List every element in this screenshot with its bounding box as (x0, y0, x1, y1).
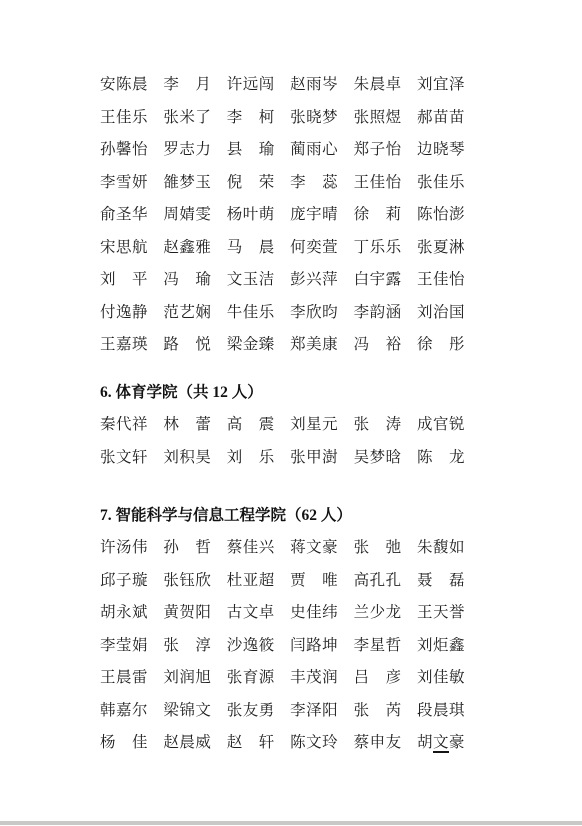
student-name: 高孔孔 (354, 565, 402, 598)
name-list: 安陈晨李 月许远闯赵雨岑朱晨卓刘宜泽王佳乐张米了李 柯张晓梦张照煜郝苗苗孙馨怡罗… (0, 0, 582, 760)
student-name: 孙 哲 (163, 532, 211, 565)
student-name: 周婧雯 (163, 199, 211, 232)
student-name: 梁锦文 (163, 695, 211, 728)
student-name: 郑子怡 (354, 134, 402, 167)
student-name: 王佳怡 (354, 167, 402, 200)
page-bottom-edge (0, 821, 582, 825)
student-name: 吴梦晗 (354, 442, 402, 475)
student-name: 杨叶萌 (227, 199, 275, 232)
name-row: 胡永斌黄贺阳古文卓史佳纬兰少龙王天誉 (100, 597, 465, 630)
student-name: 刘 平 (100, 264, 148, 297)
student-name: 许远闯 (227, 69, 275, 102)
student-name: 刘治国 (417, 297, 465, 330)
name-row: 孙馨怡罗志力县 瑜蔺雨心郑子怡边晓琴 (100, 134, 465, 167)
student-name: 张 弛 (354, 532, 402, 565)
student-name: 赵 轩 (227, 727, 275, 760)
student-name: 闫路坤 (290, 630, 338, 663)
name-row: 俞圣华周婧雯杨叶萌庞宇晴徐 莉陈怡澎 (100, 199, 465, 232)
student-name: 张文轩 (100, 442, 148, 475)
student-name: 张佳乐 (417, 167, 465, 200)
student-name: 蔡申友 (354, 727, 402, 760)
student-name: 雒梦玉 (163, 167, 211, 200)
name-row: 秦代祥林 蕾高 震刘星元张 涛成官锐 (100, 409, 465, 442)
student-name: 刘炬鑫 (417, 630, 465, 663)
student-name: 赵雨岑 (290, 69, 338, 102)
student-name: 范艺娴 (163, 297, 211, 330)
student-name: 秦代祥 (100, 409, 148, 442)
student-name: 李 蕊 (290, 167, 338, 200)
name-row: 王佳乐张米了李 柯张晓梦张照煜郝苗苗 (100, 102, 465, 135)
student-name: 朱馥如 (417, 532, 465, 565)
student-name: 刘星元 (290, 409, 338, 442)
name-row: 安陈晨李 月许远闯赵雨岑朱晨卓刘宜泽 (100, 69, 465, 102)
document-page: 安陈晨李 月许远闯赵雨岑朱晨卓刘宜泽王佳乐张米了李 柯张晓梦张照煜郝苗苗孙馨怡罗… (0, 0, 582, 826)
student-name: 郑美康 (290, 329, 338, 362)
name-row: 李雪妍雒梦玉倪 荣李 蕊王佳怡张佳乐 (100, 167, 465, 200)
name-row: 付逸静范艺娴牛佳乐李欣昀李韵涵刘治国 (100, 297, 465, 330)
name-row: 刘 平冯 瑜文玉洁彭兴萍白宇露王佳怡 (100, 264, 465, 297)
student-name: 王天誉 (417, 597, 465, 630)
student-name: 李莹娟 (100, 630, 148, 663)
student-name: 张夏淋 (417, 232, 465, 265)
student-name: 梁金臻 (227, 329, 275, 362)
student-name: 刘宜泽 (417, 69, 465, 102)
student-name: 蔺雨心 (290, 134, 338, 167)
student-name: 王嘉瑛 (100, 329, 148, 362)
student-name: 倪 荣 (227, 167, 275, 200)
student-name: 李雪妍 (100, 167, 148, 200)
student-name: 林 蕾 (163, 409, 211, 442)
name-row: 李莹娟张 淳沙逸筱闫路坤李星哲刘炬鑫 (100, 630, 465, 663)
section-header: 7. 智能科学与信息工程学院（62 人） (100, 500, 465, 533)
student-name: 边晓琴 (417, 134, 465, 167)
underline-mark: 文 (433, 734, 449, 753)
student-name: 张甲澍 (290, 442, 338, 475)
student-name: 刘佳敏 (417, 662, 465, 695)
student-name: 张晓梦 (290, 102, 338, 135)
student-name: 兰少龙 (354, 597, 402, 630)
student-name: 彭兴萍 (290, 264, 338, 297)
student-name: 沙逸筱 (227, 630, 275, 663)
student-name: 朱晨卓 (354, 69, 402, 102)
student-name: 张钰欣 (163, 565, 211, 598)
student-name: 段晨琪 (417, 695, 465, 728)
name-row: 王晨雷刘润旭张育源丰茂润吕 彦刘佳敏 (100, 662, 465, 695)
student-name: 许汤伟 (100, 532, 148, 565)
student-name: 刘 乐 (227, 442, 275, 475)
student-name: 罗志力 (163, 134, 211, 167)
name-row: 张文轩刘积昊刘 乐张甲澍吴梦晗陈 龙 (100, 442, 465, 475)
student-name: 张 芮 (354, 695, 402, 728)
student-name: 贾 唯 (290, 565, 338, 598)
student-name: 孙馨怡 (100, 134, 148, 167)
student-name: 郝苗苗 (417, 102, 465, 135)
student-name: 路 悦 (163, 329, 211, 362)
student-name: 宋思航 (100, 232, 148, 265)
student-name: 白宇露 (354, 264, 402, 297)
student-name: 王佳怡 (417, 264, 465, 297)
student-name: 蒋文豪 (290, 532, 338, 565)
student-name: 李韵涵 (354, 297, 402, 330)
student-name: 冯 瑜 (163, 264, 211, 297)
student-name: 牛佳乐 (227, 297, 275, 330)
student-name: 刘积昊 (163, 442, 211, 475)
student-name: 张米了 (163, 102, 211, 135)
student-name: 县 瑜 (227, 134, 275, 167)
name-row: 杨 佳赵晨威赵 轩陈文玲蔡申友胡文豪 (100, 727, 465, 760)
student-name: 胡永斌 (100, 597, 148, 630)
student-name: 聂 磊 (417, 565, 465, 598)
student-name: 邱子璇 (100, 565, 148, 598)
student-name: 张 涛 (354, 409, 402, 442)
student-name: 文玉洁 (227, 264, 275, 297)
student-name: 陈文玲 (290, 727, 338, 760)
name-row: 宋思航赵鑫雅马 晨何奕萱丁乐乐张夏淋 (100, 232, 465, 265)
student-name: 王晨雷 (100, 662, 148, 695)
student-name: 丁乐乐 (354, 232, 402, 265)
student-name: 何奕萱 (290, 232, 338, 265)
student-name: 杨 佳 (100, 727, 148, 760)
student-name: 赵鑫雅 (163, 232, 211, 265)
section-header: 6. 体育学院（共 12 人） (100, 377, 465, 410)
student-name: 史佳纬 (290, 597, 338, 630)
student-name: 蔡佳兴 (227, 532, 275, 565)
student-name: 成官锐 (417, 409, 465, 442)
student-name: 王佳乐 (100, 102, 148, 135)
student-name: 黄贺阳 (163, 597, 211, 630)
student-name: 陈 龙 (417, 442, 465, 475)
student-name: 杜亚超 (227, 565, 275, 598)
name-row: 王嘉瑛路 悦梁金臻郑美康冯 裕徐 彤 (100, 329, 465, 362)
name-row: 许汤伟孙 哲蔡佳兴蒋文豪张 弛朱馥如 (100, 532, 465, 565)
student-name: 丰茂润 (290, 662, 338, 695)
student-name: 徐 彤 (417, 329, 465, 362)
student-name: 李泽阳 (290, 695, 338, 728)
student-name: 俞圣华 (100, 199, 148, 232)
student-name: 李星哲 (354, 630, 402, 663)
student-name: 刘润旭 (163, 662, 211, 695)
student-name: 李 月 (163, 69, 211, 102)
student-name: 李 柯 (227, 102, 275, 135)
student-name: 张照煜 (354, 102, 402, 135)
student-name: 马 晨 (227, 232, 275, 265)
student-name: 高 震 (227, 409, 275, 442)
student-name: 赵晨威 (163, 727, 211, 760)
student-name: 庞宇晴 (290, 199, 338, 232)
student-name: 张育源 (227, 662, 275, 695)
student-name: 张 淳 (163, 630, 211, 663)
student-name: 韩嘉尔 (100, 695, 148, 728)
student-name: 徐 莉 (354, 199, 402, 232)
student-name: 胡文豪 (417, 727, 465, 760)
student-name: 陈怡澎 (417, 199, 465, 232)
student-name: 古文卓 (227, 597, 275, 630)
student-name: 冯 裕 (354, 329, 402, 362)
name-row: 韩嘉尔梁锦文张友勇李泽阳张 芮段晨琪 (100, 695, 465, 728)
student-name: 付逸静 (100, 297, 148, 330)
student-name: 李欣昀 (290, 297, 338, 330)
student-name: 安陈晨 (100, 69, 148, 102)
name-row: 邱子璇张钰欣杜亚超贾 唯高孔孔聂 磊 (100, 565, 465, 598)
student-name: 吕 彦 (354, 662, 402, 695)
student-name: 张友勇 (227, 695, 275, 728)
